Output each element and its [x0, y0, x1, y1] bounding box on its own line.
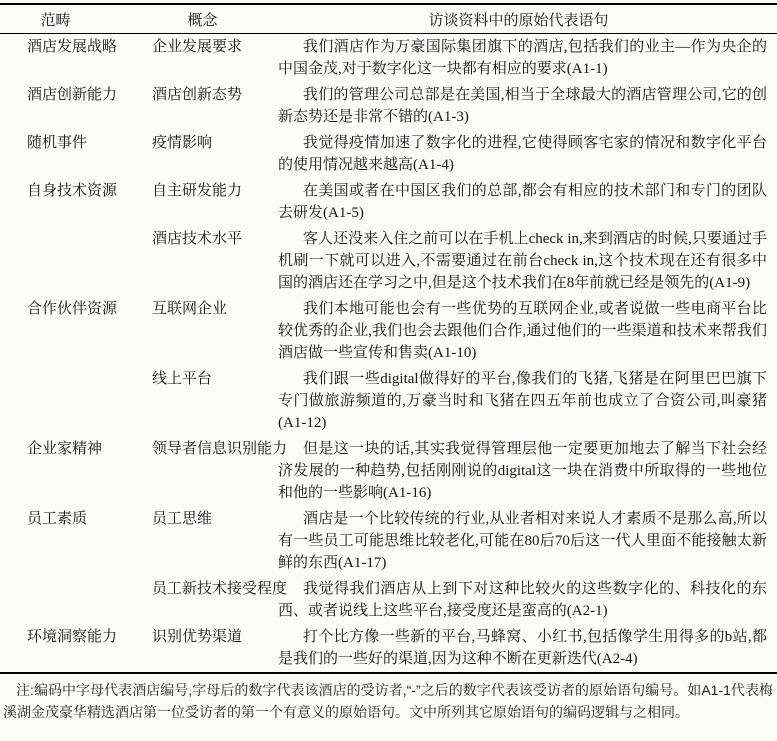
- header-quote: 访谈资料中的原始代表语句: [260, 4, 777, 34]
- quote-text: 我觉得我们酒店从上到下对这种比较火的这些数字化的、科技化的东西、或者说线上这些平…: [278, 578, 767, 622]
- concept-cell: 疫情影响: [145, 130, 260, 178]
- paper-table-figure: 范畴 概念 访谈资料中的原始代表语句 酒店发展战略 企业发展要求 我们酒店作为万…: [0, 3, 777, 723]
- category-cell: 随机事件: [0, 130, 145, 178]
- table-row: 环境洞察能力 识别优势渠道 打个比方像一些新的平台,马蜂窝、小红书,包括像学生用…: [0, 624, 777, 673]
- quote-text: 但是这一块的话,其实我觉得管理层他一定要更加地去了解当下社会经济发展的一种趋势,…: [278, 438, 767, 504]
- quote-text: 我们本地可能也会有一些优势的互联网企业,或者说做一些电商平台比较优秀的企业,我们…: [278, 298, 767, 364]
- category-cell: 员工素质: [0, 506, 145, 576]
- table-row: 酒店技术水平 客人还没来入住之前可以在手机上check in,来到酒店的时候,只…: [0, 226, 777, 296]
- table-row: 随机事件 疫情影响 我觉得疫情加速了数字化的进程,它使得顾客宅家的情况和数字化平…: [0, 130, 777, 178]
- quote-cell: 客人还没来入住之前可以在手机上check in,来到酒店的时候,只要通过手机刷一…: [260, 226, 777, 296]
- quote-cell: 我觉得疫情加速了数字化的进程,它使得顾客宅家的情况和数字化平台的使用情况越来越高…: [260, 130, 777, 178]
- concept-cell: 酒店创新态势: [145, 82, 260, 130]
- quote-text: 酒店是一个比较传统的行业,从业者相对来说人才素质不是那么高,所以有一些员工可能思…: [278, 508, 767, 574]
- quote-text: 我觉得疫情加速了数字化的进程,它使得顾客宅家的情况和数字化平台的使用情况越来越高…: [278, 132, 767, 176]
- category-cell: [0, 226, 145, 296]
- table-row: 酒店创新能力 酒店创新态势 我们的管理公司总部是在美国,相当于全球最大的酒店管理…: [0, 82, 777, 130]
- quote-text: 在美国或者在中国区我们的总部,都会有相应的技术部门和专门的团队去研发(A1-5): [278, 180, 767, 224]
- quote-text: 我们跟一些digital做得好的平台,像我们的飞猪,飞猪是在阿里巴巴旗下专门做旅…: [278, 368, 767, 434]
- table-row: 员工新技术接受程度 我觉得我们酒店从上到下对这种比较火的这些数字化的、科技化的东…: [0, 576, 777, 624]
- quote-cell: 但是这一块的话,其实我觉得管理层他一定要更加地去了解当下社会经济发展的一种趋势,…: [260, 436, 777, 506]
- category-cell: 企业家精神: [0, 436, 145, 506]
- category-cell: 酒店发展战略: [0, 34, 145, 83]
- quote-text: 我们酒店作为万豪国际集团旗下的酒店,包括我们的业主—作为央企的中国金茂,对于数字…: [278, 36, 767, 80]
- quote-text: 客人还没来入住之前可以在手机上check in,来到酒店的时候,只要通过手机刷一…: [278, 228, 767, 294]
- quote-cell: 打个比方像一些新的平台,马蜂窝、小红书,包括像学生用得多的b站,都是我们的一些好…: [260, 624, 777, 673]
- quote-cell: 在美国或者在中国区我们的总部,都会有相应的技术部门和专门的团队去研发(A1-5): [260, 178, 777, 226]
- quote-text: 打个比方像一些新的平台,马蜂窝、小红书,包括像学生用得多的b站,都是我们的一些好…: [278, 626, 767, 670]
- table-row: 企业家精神 领导者信息识别能力 但是这一块的话,其实我觉得管理层他一定要更加地去…: [0, 436, 777, 506]
- quote-text: 我们的管理公司总部是在美国,相当于全球最大的酒店管理公司,它的创新态势还是非常不…: [278, 84, 767, 128]
- concept-cell: 自主研发能力: [145, 178, 260, 226]
- concept-cell: 员工思维: [145, 506, 260, 576]
- table-row: 自身技术资源 自主研发能力 在美国或者在中国区我们的总部,都会有相应的技术部门和…: [0, 178, 777, 226]
- quote-cell: 我们酒店作为万豪国际集团旗下的酒店,包括我们的业主—作为央企的中国金茂,对于数字…: [260, 34, 777, 83]
- quote-cell: 我们的管理公司总部是在美国,相当于全球最大的酒店管理公司,它的创新态势还是非常不…: [260, 82, 777, 130]
- concept-cell: 识别优势渠道: [145, 624, 260, 673]
- table-row: 员工素质 员工思维 酒店是一个比较传统的行业,从业者相对来说人才素质不是那么高,…: [0, 506, 777, 576]
- concept-cell: 企业发展要求: [145, 34, 260, 83]
- table-row: 合作伙伴资源 互联网企业 我们本地可能也会有一些优势的互联网企业,或者说做一些电…: [0, 296, 777, 366]
- table-row: 酒店发展战略 企业发展要求 我们酒店作为万豪国际集团旗下的酒店,包括我们的业主—…: [0, 34, 777, 83]
- category-cell: 合作伙伴资源: [0, 296, 145, 366]
- table-header-row: 范畴 概念 访谈资料中的原始代表语句: [0, 4, 777, 34]
- category-cell: [0, 366, 145, 436]
- concept-cell: 线上平台: [145, 366, 260, 436]
- header-concept: 概念: [145, 4, 260, 34]
- quote-cell: 我觉得我们酒店从上到下对这种比较火的这些数字化的、科技化的东西、或者说线上这些平…: [260, 576, 777, 624]
- quote-cell: 我们跟一些digital做得好的平台,像我们的飞猪,飞猪是在阿里巴巴旗下专门做旅…: [260, 366, 777, 436]
- header-category: 范畴: [0, 4, 145, 34]
- concept-cell: 领导者信息识别能力: [145, 436, 260, 506]
- concept-cell: 酒店技术水平: [145, 226, 260, 296]
- category-cell: [0, 576, 145, 624]
- quote-cell: 酒店是一个比较传统的行业,从业者相对来说人才素质不是那么高,所以有一些员工可能思…: [260, 506, 777, 576]
- category-cell: 自身技术资源: [0, 178, 145, 226]
- coding-table: 范畴 概念 访谈资料中的原始代表语句 酒店发展战略 企业发展要求 我们酒店作为万…: [0, 3, 777, 674]
- concept-cell: 互联网企业: [145, 296, 260, 366]
- quote-cell: 我们本地可能也会有一些优势的互联网企业,或者说做一些电商平台比较优秀的企业,我们…: [260, 296, 777, 366]
- table-note: 注:编码中字母代表酒店编号,字母后的数字代表该酒店的受访者,“-”之后的数字代表…: [0, 674, 777, 723]
- table-row: 线上平台 我们跟一些digital做得好的平台,像我们的飞猪,飞猪是在阿里巴巴旗…: [0, 366, 777, 436]
- category-cell: 酒店创新能力: [0, 82, 145, 130]
- concept-cell: 员工新技术接受程度: [145, 576, 260, 624]
- category-cell: 环境洞察能力: [0, 624, 145, 673]
